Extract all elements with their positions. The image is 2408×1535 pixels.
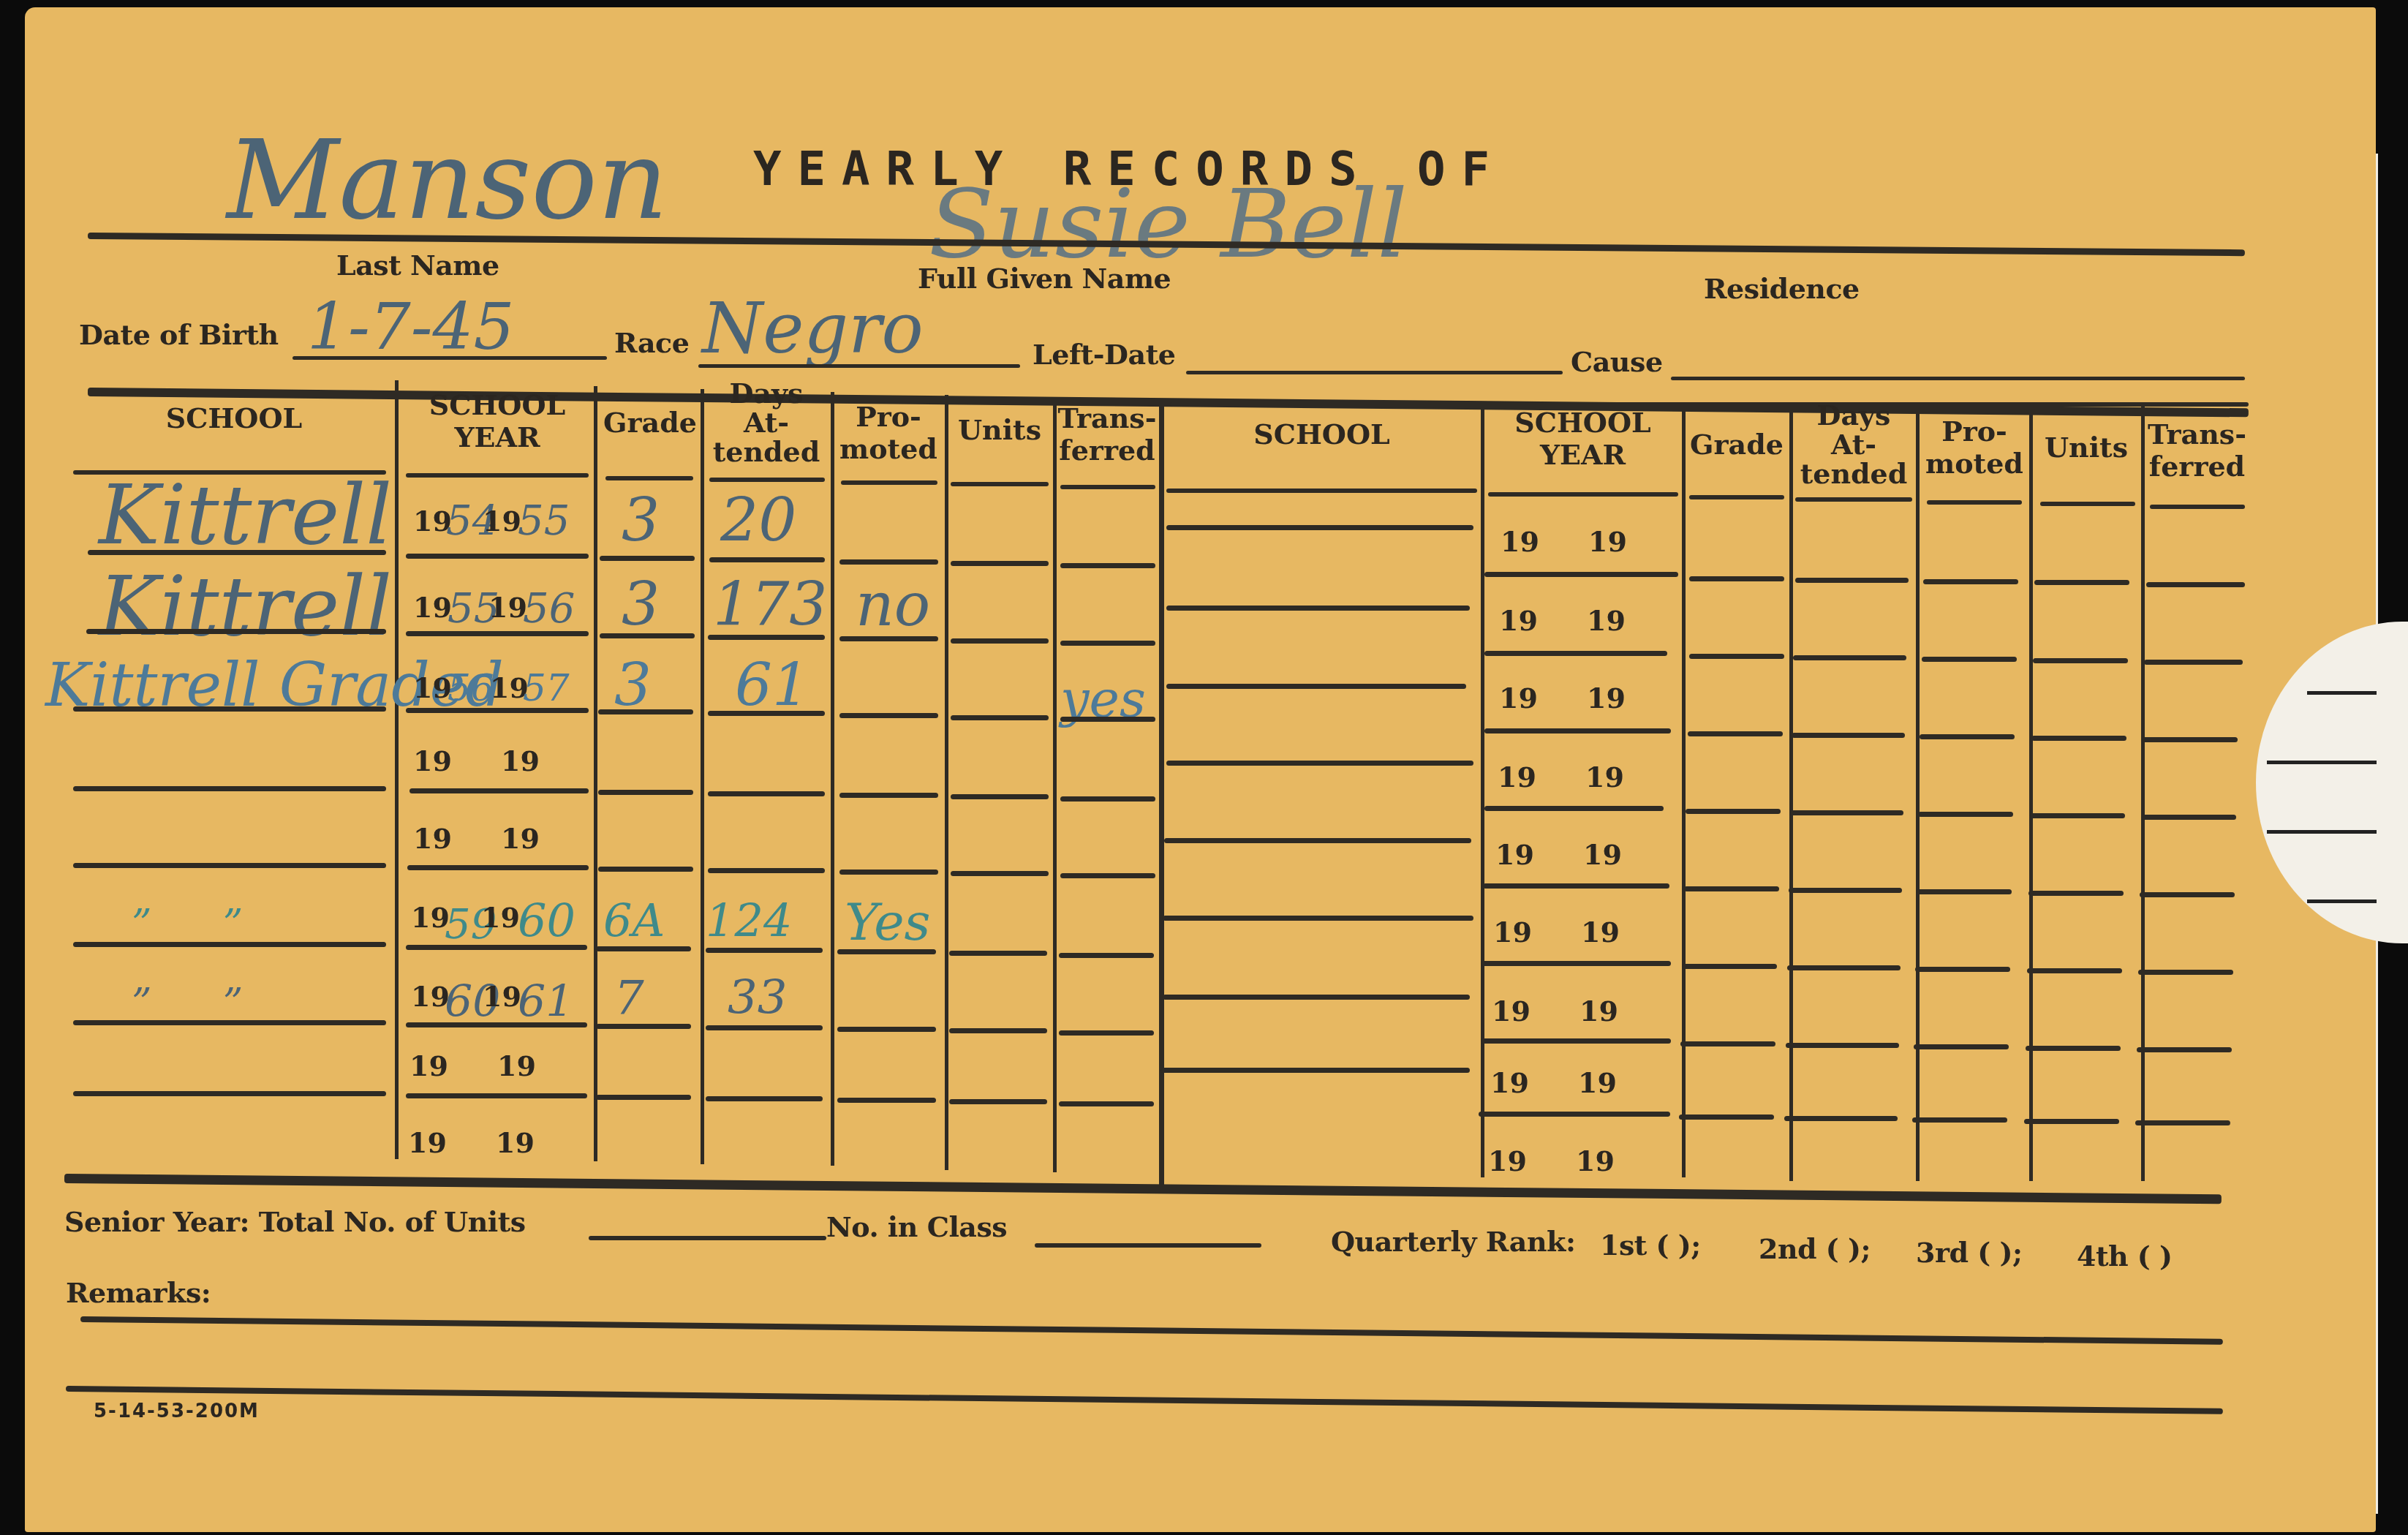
year-prefix: 19 xyxy=(481,901,520,934)
year-end[interactable]: 56 xyxy=(523,585,575,633)
table-divider xyxy=(1159,399,1164,1185)
cause-label: Cause xyxy=(1571,345,1663,378)
row-rule xyxy=(1166,606,1470,611)
year-prefix: 19 xyxy=(411,901,450,934)
header-transferred: Trans- ferred xyxy=(2144,418,2250,483)
year-prefix: 19 xyxy=(411,980,450,1013)
row-rule xyxy=(1914,1044,2009,1049)
col-divider xyxy=(594,386,597,1161)
header-underline xyxy=(406,473,589,478)
header-promoted-line1: Pro- xyxy=(834,401,943,433)
row-rule xyxy=(951,715,1049,720)
row-rule xyxy=(1479,1112,1670,1117)
header-units: Units xyxy=(2033,431,2140,464)
col-divider xyxy=(1916,406,1920,1181)
row-rule xyxy=(407,865,589,870)
header-underline xyxy=(1166,489,1477,493)
row-rule xyxy=(1060,873,1155,878)
row-rule xyxy=(2030,813,2125,818)
row-rule xyxy=(2135,1120,2230,1125)
row-rule xyxy=(2138,970,2233,975)
row-rule xyxy=(1059,953,1154,958)
row-rule xyxy=(2026,1046,2121,1051)
row-rule xyxy=(1920,734,2015,739)
senior-units-label: Senior Year: Total No. of Units xyxy=(64,1205,526,1238)
row-rule xyxy=(73,1091,386,1096)
quarterly-rank-label: Quarterly Rank: xyxy=(1331,1225,1575,1258)
header-transferred-line2: ferred xyxy=(2144,450,2250,483)
header-top-rule-right xyxy=(1170,402,2249,407)
promoted-cell[interactable]: no xyxy=(856,570,930,640)
year-start[interactable]: 56 xyxy=(448,667,494,709)
row-rule xyxy=(1163,995,1470,1000)
row-rule xyxy=(837,1027,936,1032)
remarks-label: Remarks: xyxy=(66,1276,211,1309)
row-rule xyxy=(839,713,938,718)
header-school-year-line1: SCHOOL xyxy=(1486,407,1680,439)
year-prefix: 19 xyxy=(1587,682,1626,714)
header-units: Units xyxy=(948,414,1052,446)
row-rule xyxy=(1786,1043,1899,1048)
year-prefix: 19 xyxy=(413,822,452,855)
row-rule xyxy=(1793,655,1906,660)
row-rule xyxy=(708,868,825,873)
row-rule xyxy=(406,554,589,559)
year-prefix: 19 xyxy=(1585,761,1624,793)
year-prefix: 19 xyxy=(413,744,452,777)
row-rule xyxy=(596,1095,691,1100)
row-rule xyxy=(406,708,589,713)
header-days-line3: tended xyxy=(1793,459,1914,489)
row-rule xyxy=(1686,809,1781,814)
year-prefix: 19 xyxy=(1501,525,1539,558)
row-rule xyxy=(1784,1116,1898,1121)
header-underline xyxy=(1689,495,1784,499)
row-rule xyxy=(406,631,589,636)
year-prefix: 19 xyxy=(1493,916,1532,948)
row-rule xyxy=(86,629,386,634)
col-divider xyxy=(395,380,399,1159)
row-rule xyxy=(951,794,1049,799)
row-rule xyxy=(1682,964,1777,969)
row-rule xyxy=(1484,806,1664,811)
header-promoted-line2: moted xyxy=(1920,448,2029,480)
row-rule xyxy=(1688,731,1783,736)
row-rule xyxy=(1923,579,2018,584)
header-school-year-line2: YEAR xyxy=(402,421,592,453)
year-prefix: 19 xyxy=(1495,838,1534,871)
row-rule xyxy=(409,788,589,793)
row-rule xyxy=(600,633,695,638)
year-prefix: 19 xyxy=(1499,604,1538,637)
year-end[interactable]: 57 xyxy=(523,667,570,709)
row-rule xyxy=(1679,1115,1774,1120)
year-end[interactable]: 61 xyxy=(518,976,573,1027)
header-school-year-line1: SCHOOL xyxy=(402,389,592,421)
row-rule xyxy=(2144,660,2243,665)
col-divider xyxy=(2029,406,2033,1181)
row-rule xyxy=(2033,658,2128,663)
row-rule xyxy=(2031,736,2126,741)
header-underline xyxy=(605,476,693,480)
header-transferred: Trans- ferred xyxy=(1056,402,1158,467)
row-rule xyxy=(1060,796,1155,802)
row-rule xyxy=(1484,651,1667,656)
row-rule xyxy=(951,561,1049,566)
grade-cell[interactable]: 6A xyxy=(603,894,665,947)
header-days-attended: Days At- tended xyxy=(703,379,829,467)
row-rule xyxy=(837,1098,936,1103)
header-underline xyxy=(1795,497,1912,502)
row-rule xyxy=(2137,1047,2232,1052)
dob-underline xyxy=(292,356,607,360)
header-underline xyxy=(1488,492,1678,497)
row-rule xyxy=(949,1028,1047,1033)
year-prefix: 19 xyxy=(1587,604,1626,637)
row-rule xyxy=(598,790,693,795)
row-rule xyxy=(73,863,386,868)
year-prefix: 19 xyxy=(496,1126,535,1159)
row-rule xyxy=(1787,965,1901,970)
left-date-label: Left-Date xyxy=(1033,338,1175,371)
row-rule xyxy=(708,791,825,796)
row-rule xyxy=(951,871,1049,876)
year-prefix: 19 xyxy=(413,591,452,624)
row-rule xyxy=(1795,578,1909,583)
row-rule xyxy=(2143,737,2238,742)
row-rule xyxy=(1918,812,2013,817)
row-rule xyxy=(951,638,1049,644)
header-underline xyxy=(1060,485,1155,489)
col-divider xyxy=(701,389,704,1164)
residence-label: Residence xyxy=(1704,272,1860,305)
header-days-attended: Days At- tended xyxy=(1793,401,1914,489)
row-rule xyxy=(1792,733,1905,738)
row-rule xyxy=(73,942,386,947)
row-rule xyxy=(706,1025,823,1030)
row-rule xyxy=(1790,810,1903,815)
header-days-line3: tended xyxy=(703,437,829,467)
header-underline xyxy=(841,480,937,485)
row-rule xyxy=(1789,888,1902,893)
row-rule xyxy=(598,709,693,714)
days-cell[interactable]: 173 xyxy=(713,570,828,640)
row-rule xyxy=(839,636,938,641)
rank-2nd[interactable]: 2nd ( ); xyxy=(1759,1232,1871,1265)
days-cell[interactable]: 33 xyxy=(728,971,787,1025)
col-divider xyxy=(1053,399,1057,1172)
row-rule xyxy=(1684,886,1779,891)
header-underline xyxy=(709,478,825,482)
row-rule xyxy=(2034,580,2129,585)
row-rule xyxy=(1912,1117,2007,1123)
race-underline xyxy=(698,364,1020,368)
row-rule xyxy=(2028,891,2124,896)
row-rule xyxy=(949,951,1047,956)
header-underline xyxy=(2040,502,2135,506)
row-rule xyxy=(1059,1101,1154,1106)
header-underline xyxy=(951,482,1049,486)
dob-label: Date of Birth xyxy=(79,318,279,351)
year-prefix: 19 xyxy=(413,671,452,704)
year-end[interactable]: 55 xyxy=(518,497,570,545)
header-school-year: SCHOOL YEAR xyxy=(402,389,592,453)
year-prefix: 19 xyxy=(1499,682,1538,714)
row-rule xyxy=(596,1024,691,1029)
no-in-class-label: No. in Class xyxy=(826,1210,1007,1243)
header-promoted-line2: moted xyxy=(834,433,943,465)
row-rule xyxy=(596,946,691,951)
dob-value[interactable]: 1-7-45 xyxy=(307,289,514,364)
row-rule xyxy=(949,1099,1047,1104)
header-grade: Grade xyxy=(600,407,701,439)
senior-units-field[interactable] xyxy=(589,1236,826,1240)
form-code: 5-14-53-200M xyxy=(94,1400,260,1422)
given-name-label: Full Given Name xyxy=(918,262,1171,295)
year-prefix: 19 xyxy=(483,505,521,538)
row-rule xyxy=(1166,525,1473,530)
row-rule xyxy=(1166,684,1466,689)
row-rule xyxy=(1481,1038,1671,1044)
row-rule xyxy=(839,870,938,875)
grade-cell[interactable]: 3 xyxy=(622,486,660,556)
header-transferred-line1: Trans- xyxy=(1056,402,1158,434)
header-promoted-line1: Pro- xyxy=(1920,415,2029,448)
left-date-field[interactable] xyxy=(1186,371,1563,374)
col-divider xyxy=(1789,406,1793,1181)
row-rule xyxy=(1915,967,2010,972)
header-days-line1: Days xyxy=(1793,401,1914,430)
grade-cell[interactable]: 3 xyxy=(622,570,660,640)
row-rule xyxy=(1161,1068,1470,1073)
header-promoted: Pro- moted xyxy=(834,401,943,465)
header-grade: Grade xyxy=(1686,429,1788,461)
header-days-line2: At- xyxy=(703,408,829,437)
year-prefix: 19 xyxy=(488,591,527,624)
row-rule xyxy=(1484,572,1678,577)
row-rule xyxy=(2146,582,2245,587)
year-prefix: 19 xyxy=(483,980,521,1013)
row-rule xyxy=(73,706,386,712)
row-rule xyxy=(708,711,825,716)
grade-cell[interactable]: 7 xyxy=(614,971,644,1025)
last-name-value[interactable]: Manson xyxy=(227,117,668,244)
header-transferred-line2: ferred xyxy=(1056,434,1158,467)
year-end[interactable]: 60 xyxy=(518,894,575,947)
col-divider xyxy=(2141,406,2145,1181)
row-rule xyxy=(406,945,587,950)
no-in-class-field[interactable] xyxy=(1035,1243,1261,1248)
year-prefix: 19 xyxy=(1576,1144,1615,1177)
school-cell-ditto[interactable]: ” ” xyxy=(132,980,272,1026)
header-days-line1: Days xyxy=(703,379,829,408)
school-cell-ditto[interactable]: ” ” xyxy=(132,901,272,947)
col-divider xyxy=(945,395,948,1170)
row-rule xyxy=(1164,838,1471,843)
row-rule xyxy=(2140,892,2235,897)
row-rule xyxy=(2024,1119,2119,1124)
row-rule xyxy=(1060,717,1155,722)
row-rule xyxy=(73,786,386,791)
row-rule xyxy=(1484,728,1671,733)
year-prefix: 19 xyxy=(1578,1066,1617,1099)
row-rule xyxy=(1481,961,1671,966)
cause-field[interactable] xyxy=(1671,377,2245,380)
header-underline xyxy=(2150,505,2245,509)
header-school-year: SCHOOL YEAR xyxy=(1486,407,1680,471)
row-rule xyxy=(600,556,695,561)
year-prefix: 19 xyxy=(1583,838,1622,871)
row-rule xyxy=(598,867,693,872)
days-cell[interactable]: 20 xyxy=(720,486,796,556)
row-rule xyxy=(1483,883,1669,889)
col-divider xyxy=(1481,406,1484,1177)
row-rule xyxy=(839,559,938,565)
row-rule xyxy=(2027,968,2122,973)
year-prefix: 19 xyxy=(1498,761,1536,793)
days-cell[interactable]: 124 xyxy=(706,894,792,947)
row-rule xyxy=(1917,889,2012,894)
row-rule xyxy=(2141,815,2236,820)
rank-3rd[interactable]: 3rd ( ); xyxy=(1916,1236,2022,1269)
race-value[interactable]: Negro xyxy=(702,289,924,369)
year-prefix: 19 xyxy=(1490,1066,1529,1099)
row-rule xyxy=(1922,657,2017,662)
school-cell[interactable]: Kittrell xyxy=(99,559,392,655)
days-cell[interactable]: 61 xyxy=(735,651,809,719)
col-divider xyxy=(831,392,834,1166)
row-rule xyxy=(706,1096,823,1101)
year-prefix: 19 xyxy=(1492,995,1531,1027)
row-rule xyxy=(1059,1030,1154,1036)
row-rule xyxy=(709,557,825,562)
row-rule xyxy=(406,1093,587,1098)
row-rule xyxy=(1060,563,1155,568)
rank-4th[interactable]: 4th ( ) xyxy=(2077,1240,2173,1272)
row-rule xyxy=(1163,916,1473,921)
school-cell[interactable]: Kittrell xyxy=(99,468,392,563)
row-rule xyxy=(1060,641,1155,646)
header-days-line2: At- xyxy=(1793,430,1914,459)
header-school-year-line2: YEAR xyxy=(1486,439,1680,471)
year-prefix: 19 xyxy=(501,744,540,777)
year-prefix: 19 xyxy=(1588,525,1627,558)
row-rule xyxy=(1680,1041,1775,1046)
row-rule xyxy=(1689,576,1784,581)
year-prefix: 19 xyxy=(1579,995,1618,1027)
header-promoted: Pro- moted xyxy=(1920,415,2029,480)
year-prefix: 19 xyxy=(497,1049,536,1082)
row-rule xyxy=(837,949,936,954)
row-rule xyxy=(706,948,823,953)
header-school: SCHOOL xyxy=(1170,418,1473,450)
row-rule xyxy=(1689,654,1784,659)
year-prefix: 19 xyxy=(409,1049,448,1082)
header-transferred-line1: Trans- xyxy=(2144,418,2250,450)
row-rule xyxy=(839,793,938,798)
last-name-label: Last Name xyxy=(336,249,499,282)
promoted-cell[interactable]: Yes xyxy=(845,892,930,952)
year-prefix: 19 xyxy=(1488,1144,1527,1177)
col-divider xyxy=(1682,406,1686,1177)
year-prefix: 19 xyxy=(1581,916,1620,948)
header-school: SCHOOL xyxy=(80,402,388,434)
header-underline xyxy=(1927,500,2022,505)
year-prefix: 19 xyxy=(408,1126,447,1159)
year-prefix: 19 xyxy=(501,822,540,855)
row-rule xyxy=(88,550,386,555)
race-label: Race xyxy=(614,326,689,359)
row-rule xyxy=(406,1022,587,1027)
row-rule xyxy=(1166,761,1473,766)
rank-1st[interactable]: 1st ( ); xyxy=(1600,1229,1701,1261)
row-rule xyxy=(708,635,825,640)
row-rule xyxy=(73,1020,386,1025)
